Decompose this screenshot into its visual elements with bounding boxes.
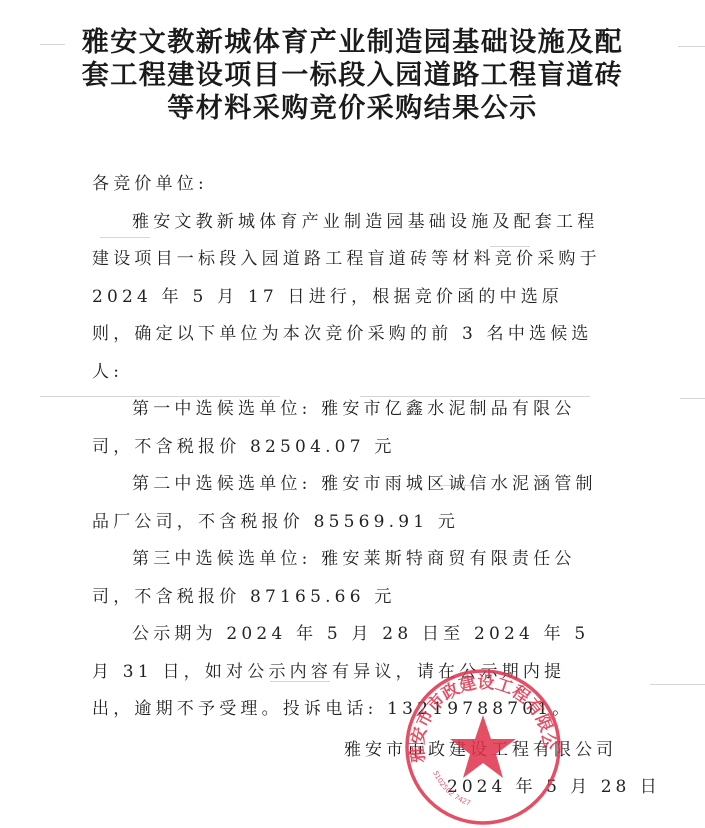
scan-artifact (680, 398, 705, 399)
title-line-1: 雅安文教新城体育产业制造园基础设施及配 (60, 26, 645, 59)
salutation: 各竞价单位: (92, 166, 604, 204)
candidate-3: 第三中选候选单位: 雅安莱斯特商贸有限责任公司，不含税报价 87165.66 元 (92, 541, 604, 616)
document-body: 各竞价单位: 雅安文教新城体育产业制造园基础设施及配套工程建设项目一标段入园道路… (92, 166, 604, 729)
candidate-2: 第二中选候选单位: 雅安市雨城区诚信水泥涵管制品厂公司，不含税报价 85569.… (92, 466, 604, 541)
intro-paragraph: 雅安文教新城体育产业制造园基础设施及配套工程建设项目一标段入园道路工程盲道砖等材… (92, 204, 604, 392)
candidate-1: 第一中选候选单位: 雅安市亿鑫水泥制品有限公司，不含税报价 82504.07 元 (92, 391, 604, 466)
scan-artifact (678, 46, 705, 47)
scan-artifact (650, 684, 705, 685)
official-seal-icon: 雅安市市政建设工程有限公司 5102502 7427 (403, 667, 563, 827)
title-line-3: 等材料采购竞价采购结果公示 (60, 92, 645, 125)
document-title: 雅安文教新城体育产业制造园基础设施及配 套工程建设项目一标段入园道路工程盲道砖 … (60, 26, 645, 125)
title-line-2: 套工程建设项目一标段入园道路工程盲道砖 (60, 59, 645, 92)
